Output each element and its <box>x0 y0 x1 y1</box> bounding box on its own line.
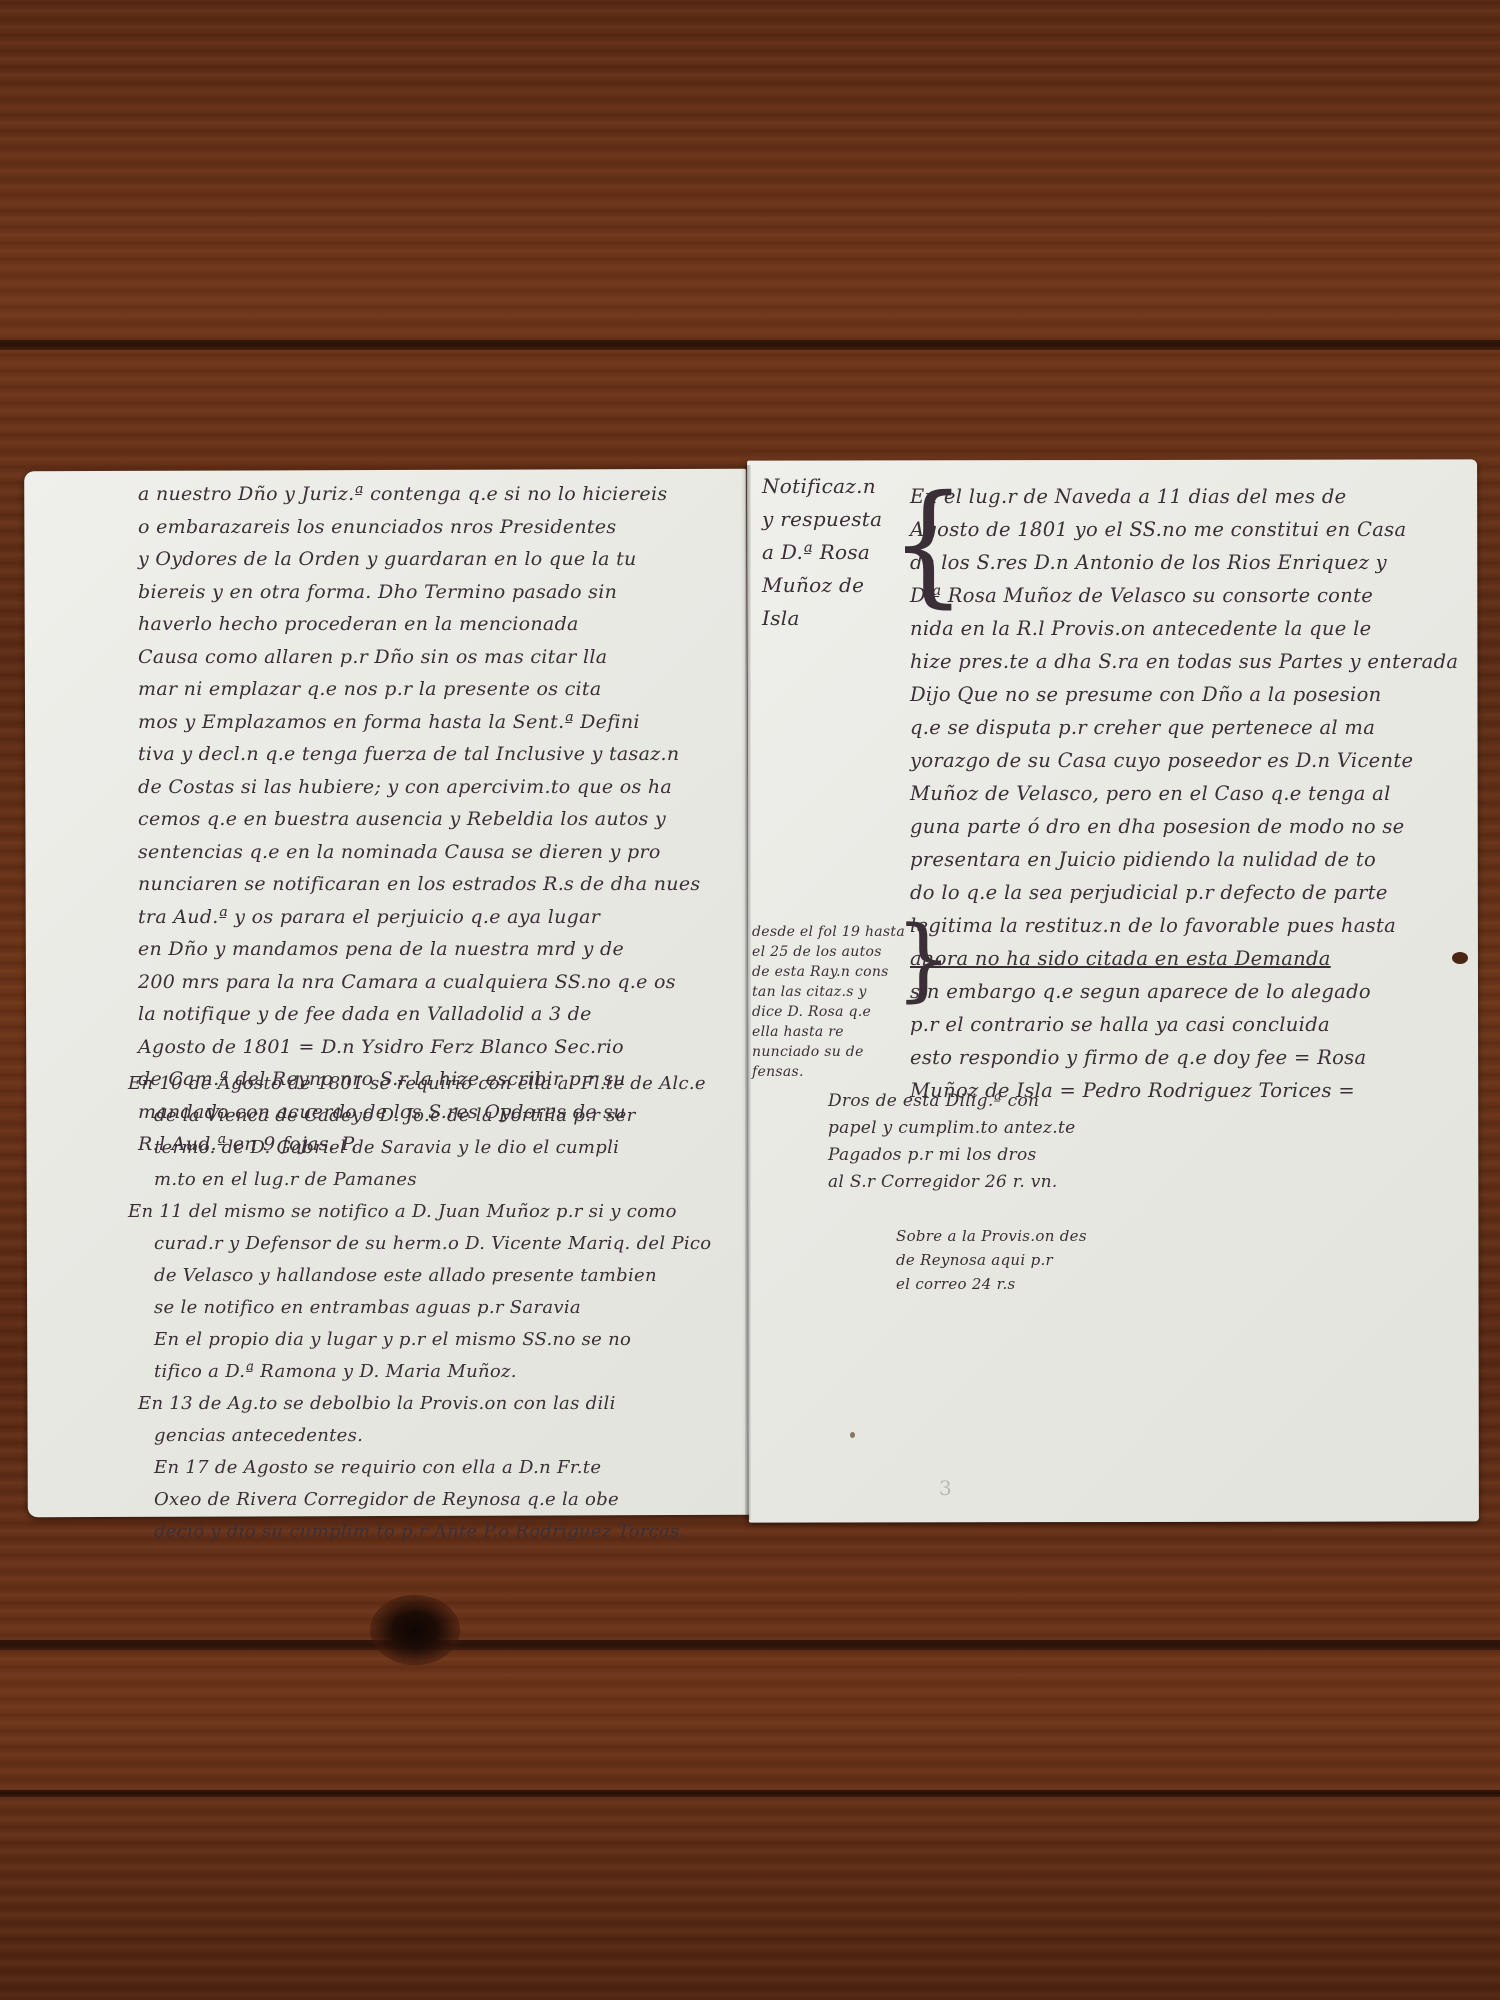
note-line: m.to en el lug.r de Pamanes <box>128 1164 711 1196</box>
margin-note-line: nunciado su de <box>752 1042 905 1062</box>
text-line: p.r el contrario se halla ya casi conclu… <box>910 1008 1458 1041</box>
brace-mark: } <box>895 905 952 1015</box>
text-line: biereis y en otra forma. Dho Termino pas… <box>138 576 700 609</box>
pencil-folio-number: 3 <box>939 1472 952 1505</box>
margin-note-line: ella hasta re <box>752 1022 905 1042</box>
text-line: y Oydores de la Orden y guardaran en lo … <box>138 543 700 576</box>
text-line: tra Aud.ª y os parara el perjuicio q.e a… <box>138 901 700 934</box>
text-line: Causa como allaren p.r Dño sin os mas ci… <box>138 641 700 674</box>
text-line: en Dño y mandamos pena de la nuestra mrd… <box>138 933 700 966</box>
fees-note-line: papel y cumplim.to antez.te <box>828 1115 1075 1142</box>
margin-heading-line: Notificaz.n <box>762 470 882 503</box>
text-line: haverlo hecho procederan en la mencionad… <box>138 608 700 641</box>
text-line: Agosto de 1801 yo el SS.no me constitui … <box>910 513 1458 546</box>
note-line: En 17 de Agosto se requirio con ella a D… <box>128 1452 711 1484</box>
text-line: Muñoz de Velasco, pero en el Caso q.e te… <box>910 777 1458 810</box>
text-line: hize pres.te a dha S.ra en todas sus Par… <box>910 645 1458 678</box>
note-line: Oxeo de Rivera Corregidor de Reynosa q.e… <box>128 1484 711 1516</box>
text-line: presentara en Juicio pidiendo la nulidad… <box>910 843 1458 876</box>
margin-heading-line: a D.ª Rosa <box>762 536 882 569</box>
note-line: curad.r y Defensor de su herm.o D. Vicen… <box>128 1228 711 1260</box>
table-plank-seam <box>0 1640 1500 1650</box>
fees-note-line: Pagados p.r mi los dros <box>828 1142 1075 1169</box>
postage-note-line: de Reynosa aqui p.r <box>896 1248 1087 1272</box>
underlined-text-line: ahora no ha sido citada en esta Demanda <box>910 942 1458 975</box>
note-line: En el propio dia y lugar y p.r el mismo … <box>128 1324 711 1356</box>
right-page-margin-heading: Notificaz.n y respuesta a D.ª Rosa Muñoz… <box>762 470 882 635</box>
text-line: cemos q.e en buestra ausencia y Rebeldia… <box>138 803 700 836</box>
margin-note-line: de esta Ray.n cons <box>752 962 905 982</box>
text-line: mos y Emplazamos en forma hasta la Sent.… <box>138 706 700 739</box>
text-line: q.e se disputa p.r creher que pertenece … <box>910 711 1458 744</box>
margin-note-line: el 25 de los autos <box>752 942 905 962</box>
text-line: 200 mrs para la nra Camara a cualquiera … <box>138 966 700 999</box>
note-line: En 10 de Agosto de 1801 se requirio con … <box>128 1068 711 1100</box>
note-line: tifico a D.ª Ramona y D. Maria Muñoz. <box>128 1356 711 1388</box>
table-plank-seam <box>0 1790 1500 1797</box>
text-line: sin embargo q.e segun aparece de lo aleg… <box>910 975 1458 1008</box>
right-page-margin-note: desde el fol 19 hasta el 25 de los autos… <box>752 922 905 1082</box>
text-line: sentencias q.e en la nominada Causa se d… <box>138 836 700 869</box>
text-line: Agosto de 1801 = D.n Ysidro Ferz Blanco … <box>138 1031 700 1064</box>
fees-note-line: Dros de esta Dilig.ª con <box>828 1088 1075 1115</box>
note-line: de Velasco y hallandose este allado pres… <box>128 1260 711 1292</box>
note-line: gencias antecedentes. <box>128 1420 711 1452</box>
text-line: do lo q.e la sea perjudicial p.r defecto… <box>910 876 1458 909</box>
text-line: legitima la restituz.n de lo favorable p… <box>910 909 1458 942</box>
text-line: esto respondio y firmo de q.e doy fee = … <box>910 1041 1458 1074</box>
text-line: mar ni emplazar q.e nos p.r la presente … <box>138 673 700 706</box>
postage-note-line: el correo 24 r.s <box>896 1272 1087 1296</box>
ink-stain <box>850 1432 855 1438</box>
fees-note-line: al S.r Corregidor 26 r. vn. <box>828 1169 1075 1196</box>
note-line: En 13 de Ag.to se debolbio la Provis.on … <box>128 1388 711 1420</box>
margin-note-line: desde el fol 19 hasta <box>752 922 905 942</box>
note-line: de la Vienca de Cadeyo D. Jo.e de la Por… <box>128 1100 711 1132</box>
text-line: guna parte ó dro en dha posesion de modo… <box>910 810 1458 843</box>
margin-heading-line: Muñoz de <box>762 569 882 602</box>
left-page-body-text: a nuestro Dño y Juriz.ª contenga q.e si … <box>138 478 700 1161</box>
note-line: deció y dio su cumplim.to p.r Ante P.o R… <box>128 1516 711 1548</box>
text-line: de los S.res D.n Antonio de los Rios Enr… <box>910 546 1458 579</box>
text-line: a nuestro Dño y Juriz.ª contenga q.e si … <box>138 478 700 511</box>
text-line: nida en la R.l Provis.on antecedente la … <box>910 612 1458 645</box>
note-line: se le notifico en entrambas aguas p.r Sa… <box>128 1292 711 1324</box>
text-line: yorazgo de su Casa cuyo poseedor es D.n … <box>910 744 1458 777</box>
note-line: En 11 del mismo se notifico a D. Juan Mu… <box>128 1196 711 1228</box>
text-line: Dijo Que no se presume con Dño a la pose… <box>910 678 1458 711</box>
margin-note-line: dice D. Rosa q.e <box>752 1002 905 1022</box>
margin-note-line: tan las citaz.s y <box>752 982 905 1002</box>
margin-heading-line: Isla <box>762 602 882 635</box>
wood-knot <box>370 1595 460 1665</box>
postage-note: Sobre a la Provis.on des de Reynosa aqui… <box>896 1224 1087 1296</box>
text-line: nunciaren se notificaran en los estrados… <box>138 868 700 901</box>
text-line: D.ª Rosa Muñoz de Velasco su consorte co… <box>910 579 1458 612</box>
text-line: En el lug.r de Naveda a 11 dias del mes … <box>910 480 1458 513</box>
text-line: de Costas si las hubiere; y con apercivi… <box>138 771 700 804</box>
text-line: o embarazareis los enunciados nros Presi… <box>138 511 700 544</box>
postage-note-line: Sobre a la Provis.on des <box>896 1224 1087 1248</box>
note-line: termo. de D. Gabriel de Saravia y le dio… <box>128 1132 711 1164</box>
left-page-diligence-notes: En 10 de Agosto de 1801 se requirio con … <box>128 1068 711 1548</box>
fees-note: Dros de esta Dilig.ª con papel y cumplim… <box>828 1088 1075 1196</box>
table-plank-seam <box>0 340 1500 350</box>
text-line: tiva y decl.n q.e tenga fuerza de tal In… <box>138 738 700 771</box>
margin-heading-line: y respuesta <box>762 503 882 536</box>
page-fold <box>745 465 751 1520</box>
margin-note-line: fensas. <box>752 1062 905 1082</box>
text-line: la notifique y de fee dada en Valladolid… <box>138 998 700 1031</box>
right-page-body-text: En el lug.r de Naveda a 11 dias del mes … <box>910 480 1458 1107</box>
